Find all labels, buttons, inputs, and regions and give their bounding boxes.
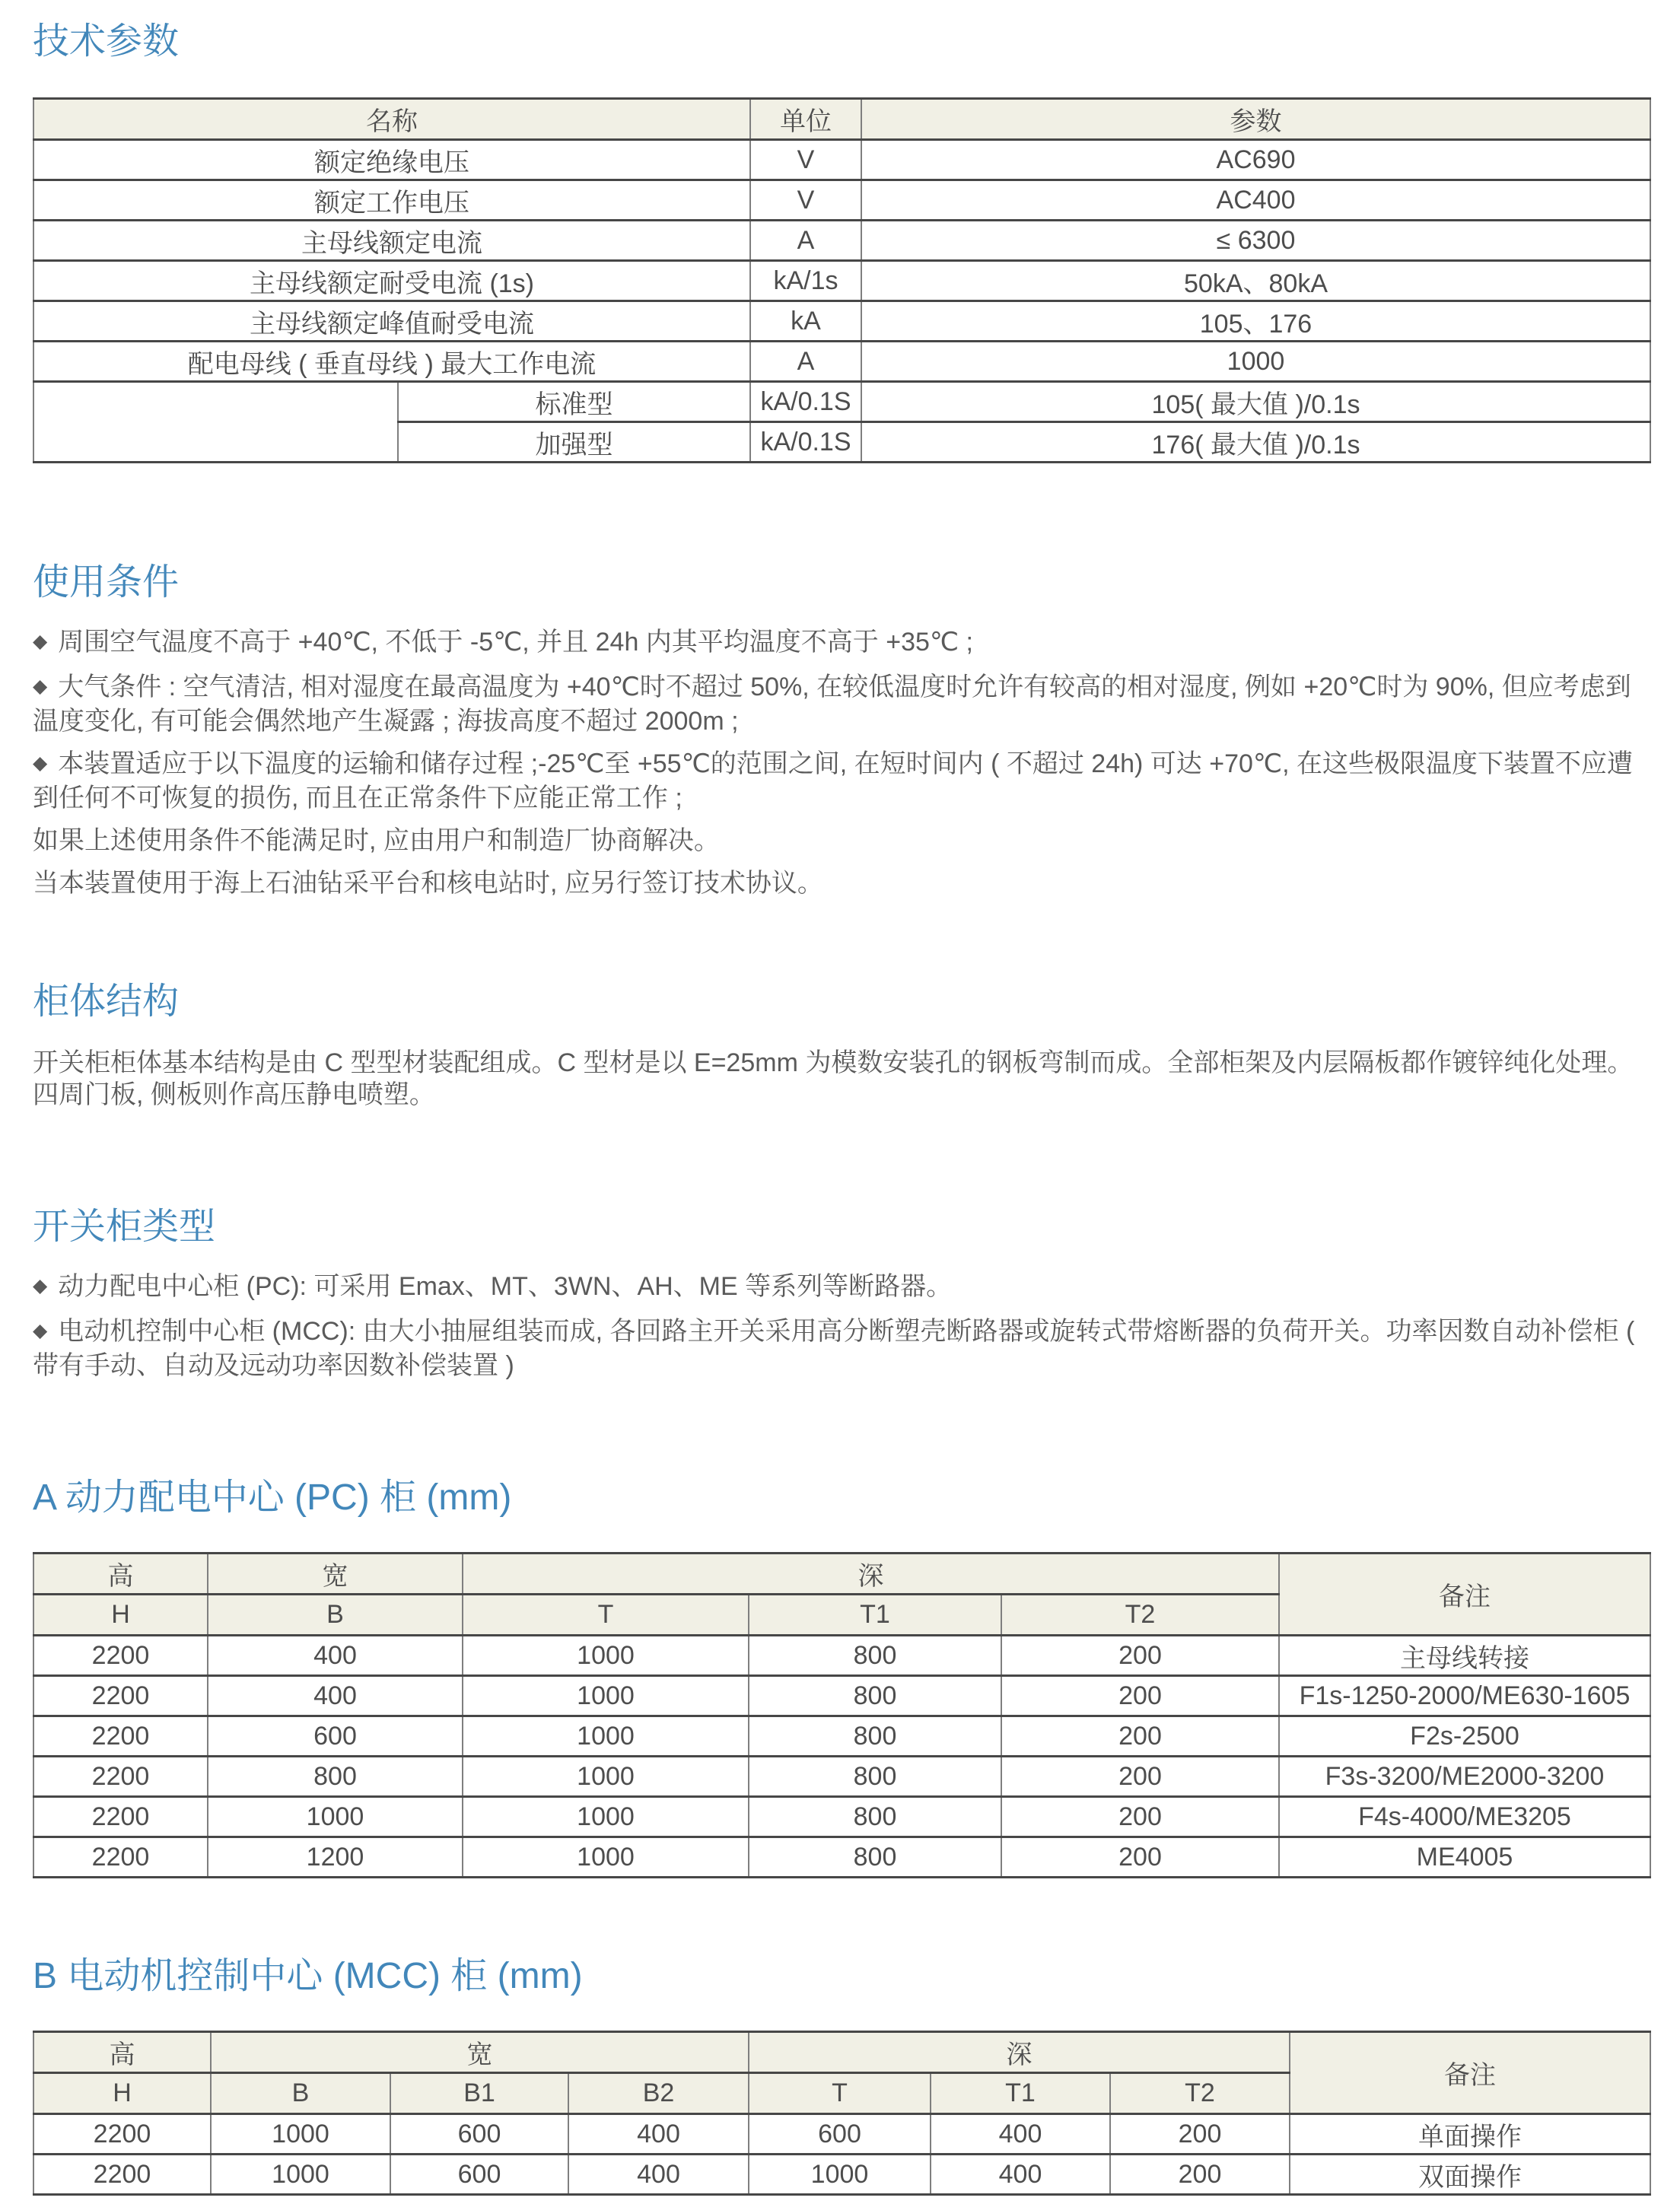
table-row: 配电母线 ( 垂直母线 ) 最大工作电流 A 1000 bbox=[33, 342, 1650, 382]
tech-table-header-row: 名称 单位 参数 bbox=[33, 99, 1650, 140]
dim-t: 1000 bbox=[749, 2155, 931, 2195]
col-header-name: 名称 bbox=[33, 99, 750, 140]
usage-bullet-paragraph: ◆周围空气温度不高于 +40℃, 不低于 -5℃, 并且 24h 内其平均温度不… bbox=[33, 626, 1651, 660]
paragraph-text: 当本装置使用于海上石油钻采平台和核电站时, 应另行签订技术协议。 bbox=[33, 869, 823, 898]
col-header-note: 备注 bbox=[1290, 2032, 1650, 2114]
dim-t: 1000 bbox=[463, 1837, 749, 1878]
section-heading-mcc-cabinet: B 电动机控制中心 (MCC) 柜 (mm) bbox=[33, 1954, 1651, 1999]
param-name: 配电母线 ( 垂直母线 ) 最大工作电流 bbox=[33, 342, 750, 382]
table-row: 主母线额定峰值耐受电流 kA 105、176 bbox=[33, 301, 1650, 342]
cabinet-structure-text: 开关柜柜体基本结构是由 C 型型材装配组成。C 型材是以 E=25mm 为模数安… bbox=[33, 1047, 1651, 1111]
table-row: 主母线额定耐受电流 (1s) kA/1s 50kA、80kA bbox=[33, 261, 1650, 301]
switchgear-types-paragraphs: ◆动力配电中心柜 (PC): 可采用 Emax、MT、3WN、AH、ME 等系列… bbox=[33, 1271, 1651, 1382]
param-value: 105( 最大值 )/0.1s bbox=[861, 382, 1650, 422]
param-unit: A bbox=[750, 221, 861, 261]
table-row: 2200 1000 1000 800 200 F4s-4000/ME3205 bbox=[33, 1797, 1650, 1837]
dim-t: 1000 bbox=[463, 1676, 749, 1716]
dim-t1: 800 bbox=[749, 1636, 1001, 1676]
table-row: 2200 1000 600 400 1000 400 200 双面操作 bbox=[33, 2155, 1650, 2195]
datasheet-page: 技术参数 名称 单位 参数 额定绝缘电压 V AC690 额定工作电压 V AC… bbox=[0, 0, 1680, 2204]
table-row: 2200 600 1000 800 200 F2s-2500 bbox=[33, 1716, 1650, 1757]
dim-t2: 200 bbox=[1110, 2155, 1290, 2195]
section-heading-tech-params: 技术参数 bbox=[33, 20, 1651, 64]
param-value: 105、176 bbox=[861, 301, 1650, 342]
dim-t2: 200 bbox=[1001, 1797, 1279, 1837]
param-value: ≤ 6300 bbox=[861, 221, 1650, 261]
pc-cabinet-dimensions-table: 高 宽 深 备注 H B T T1 T2 2200 400 1000 800 2… bbox=[33, 1552, 1651, 1878]
col-header-width: 宽 bbox=[211, 2032, 749, 2073]
param-unit: kA/1s bbox=[750, 261, 861, 301]
dim-b: 1000 bbox=[211, 2155, 390, 2195]
col-subheader-T: T bbox=[749, 2073, 931, 2114]
dim-b: 400 bbox=[208, 1636, 463, 1676]
dim-b2: 400 bbox=[568, 2155, 749, 2195]
dim-t1: 800 bbox=[749, 1716, 1001, 1757]
dim-t: 600 bbox=[749, 2114, 931, 2155]
usage-bullet-paragraph: ◆大气条件 : 空气清洁, 相对湿度在最高温度为 +40℃时不超过 50%, 在… bbox=[33, 671, 1651, 737]
param-value: AC400 bbox=[861, 180, 1650, 221]
dim-t1: 800 bbox=[749, 1757, 1001, 1797]
col-header-param: 参数 bbox=[861, 99, 1650, 140]
dim-t1: 400 bbox=[931, 2155, 1110, 2195]
dim-t2: 200 bbox=[1110, 2114, 1290, 2155]
diamond-bullet-icon: ◆ bbox=[33, 1320, 47, 1341]
diamond-bullet-icon: ◆ bbox=[33, 676, 47, 697]
cabinet-structure-paragraphs: 开关柜柜体基本结构是由 C 型型材装配组成。C 型材是以 E=25mm 为模数安… bbox=[33, 1047, 1651, 1111]
mcc-table-header-row-1: 高 宽 深 备注 bbox=[33, 2032, 1650, 2073]
col-header-height: 高 bbox=[33, 2032, 211, 2073]
dim-h: 2200 bbox=[33, 1716, 208, 1757]
col-header-depth: 深 bbox=[463, 1554, 1279, 1595]
dim-b1: 600 bbox=[390, 2155, 568, 2195]
table-row: 标准型 kA/0.1S 105( 最大值 )/0.1s bbox=[33, 382, 1650, 422]
section-heading-usage-conditions: 使用条件 bbox=[33, 561, 1651, 605]
dim-t: 1000 bbox=[463, 1636, 749, 1676]
dim-t2: 200 bbox=[1001, 1676, 1279, 1716]
type-bullet-paragraph: ◆电动机控制中心柜 (MCC): 由大小抽屉组装而成, 各回路主开关采用高分断塑… bbox=[33, 1315, 1651, 1382]
dim-b2: 400 bbox=[568, 2114, 749, 2155]
table-row: 2200 400 1000 800 200 F1s-1250-2000/ME63… bbox=[33, 1676, 1650, 1716]
dim-b: 600 bbox=[208, 1716, 463, 1757]
dim-t2: 200 bbox=[1001, 1757, 1279, 1797]
dim-note: 主母线转接 bbox=[1279, 1636, 1650, 1676]
param-name: 主母线额定峰值耐受电流 bbox=[33, 301, 750, 342]
col-subheader-H: H bbox=[33, 1595, 208, 1636]
pc-table-header-row-1: 高 宽 深 备注 bbox=[33, 1554, 1650, 1595]
dim-t: 1000 bbox=[463, 1797, 749, 1837]
col-subheader-B: B bbox=[211, 2073, 390, 2114]
col-subheader-T: T bbox=[463, 1595, 749, 1636]
table-row: 额定绝缘电压 V AC690 bbox=[33, 140, 1650, 180]
col-subheader-H: H bbox=[33, 2073, 211, 2114]
section-heading-cabinet-structure: 柜体结构 bbox=[33, 980, 1651, 1024]
dim-t2: 200 bbox=[1001, 1716, 1279, 1757]
table-row: 主母线额定电流 A ≤ 6300 bbox=[33, 221, 1650, 261]
col-subheader-B2: B2 bbox=[568, 2073, 749, 2114]
param-name: 额定工作电压 bbox=[33, 180, 750, 221]
dim-note: 单面操作 bbox=[1290, 2114, 1650, 2155]
dim-t2: 200 bbox=[1001, 1837, 1279, 1878]
mcc-cabinet-dimensions-table: 高 宽 深 备注 H B B1 B2 T T1 T2 2200 1000 600… bbox=[33, 2031, 1651, 2196]
param-name: 主母线额定电流 bbox=[33, 221, 750, 261]
dim-h: 2200 bbox=[33, 1797, 208, 1837]
col-header-note: 备注 bbox=[1279, 1554, 1650, 1636]
dim-t: 1000 bbox=[463, 1716, 749, 1757]
col-subheader-T1: T1 bbox=[931, 2073, 1110, 2114]
paragraph-text: 大气条件 : 空气清洁, 相对湿度在最高温度为 +40℃时不超过 50%, 在较… bbox=[33, 673, 1631, 736]
dim-h: 2200 bbox=[33, 1636, 208, 1676]
param-unit: kA/0.1S bbox=[750, 382, 861, 422]
col-subheader-B: B bbox=[208, 1595, 463, 1636]
col-header-depth: 深 bbox=[749, 2032, 1290, 2073]
paragraph-text: 如果上述使用条件不能满足时, 应由用户和制造厂协商解决。 bbox=[33, 826, 720, 855]
table-row: 2200 1000 600 400 600 400 200 单面操作 bbox=[33, 2114, 1650, 2155]
dim-b: 1200 bbox=[208, 1837, 463, 1878]
dim-b: 1000 bbox=[211, 2114, 390, 2155]
col-subheader-T2: T2 bbox=[1110, 2073, 1290, 2114]
dim-t1: 800 bbox=[749, 1676, 1001, 1716]
dim-note: ME4005 bbox=[1279, 1837, 1650, 1878]
table-row: 2200 1200 1000 800 200 ME4005 bbox=[33, 1837, 1650, 1878]
dim-h: 2200 bbox=[33, 1676, 208, 1716]
dim-b: 400 bbox=[208, 1676, 463, 1716]
dim-note: F1s-1250-2000/ME630-1605 bbox=[1279, 1676, 1650, 1716]
dim-t: 1000 bbox=[463, 1757, 749, 1797]
usage-bullet-paragraph: ◆本装置适应于以下温度的运输和储存过程 ;-25℃至 +55℃的范围之间, 在短… bbox=[33, 748, 1651, 814]
variant-label: 加强型 bbox=[398, 422, 750, 463]
diamond-bullet-icon: ◆ bbox=[33, 752, 47, 774]
paragraph-text: 动力配电中心柜 (PC): 可采用 Emax、MT、3WN、AH、ME 等系列等… bbox=[58, 1272, 952, 1301]
dim-h: 2200 bbox=[33, 1757, 208, 1797]
table-row: 额定工作电压 V AC400 bbox=[33, 180, 1650, 221]
dim-h: 2200 bbox=[33, 1837, 208, 1878]
dim-b1: 600 bbox=[390, 2114, 568, 2155]
paragraph-text: 周围空气温度不高于 +40℃, 不低于 -5℃, 并且 24h 内其平均温度不高… bbox=[58, 628, 973, 657]
dim-b: 1000 bbox=[208, 1797, 463, 1837]
dim-note: 双面操作 bbox=[1290, 2155, 1650, 2195]
diamond-bullet-icon: ◆ bbox=[33, 1275, 47, 1296]
usage-plain-paragraph: 如果上述使用条件不能满足时, 应由用户和制造厂协商解决。 bbox=[33, 825, 1651, 857]
dim-note: F3s-3200/ME2000-3200 bbox=[1279, 1757, 1650, 1797]
dim-t1: 400 bbox=[931, 2114, 1110, 2155]
param-name: 额定绝缘电压 bbox=[33, 140, 750, 180]
table-row: 2200 800 1000 800 200 F3s-3200/ME2000-32… bbox=[33, 1757, 1650, 1797]
usage-plain-paragraph: 当本装置使用于海上石油钻采平台和核电站时, 应另行签订技术协议。 bbox=[33, 867, 1651, 899]
variant-label: 标准型 bbox=[398, 382, 750, 422]
diamond-bullet-icon: ◆ bbox=[33, 631, 47, 652]
table-row: 2200 400 1000 800 200 主母线转接 bbox=[33, 1636, 1650, 1676]
section-heading-pc-cabinet: A 动力配电中心 (PC) 柜 (mm) bbox=[33, 1476, 1651, 1520]
col-header-width: 宽 bbox=[208, 1554, 463, 1595]
param-value: 176( 最大值 )/0.1s bbox=[861, 422, 1650, 463]
paragraph-text: 电动机控制中心柜 (MCC): 由大小抽屉组装而成, 各回路主开关采用高分断塑壳… bbox=[33, 1317, 1634, 1380]
col-header-height: 高 bbox=[33, 1554, 208, 1595]
col-header-unit: 单位 bbox=[750, 99, 861, 140]
merged-empty-cell bbox=[33, 382, 398, 463]
tech-params-table: 名称 单位 参数 额定绝缘电压 V AC690 额定工作电压 V AC400 主… bbox=[33, 97, 1651, 463]
col-subheader-T2: T2 bbox=[1001, 1595, 1279, 1636]
dim-t1: 800 bbox=[749, 1837, 1001, 1878]
dim-note: F4s-4000/ME3205 bbox=[1279, 1797, 1650, 1837]
param-unit: kA bbox=[750, 301, 861, 342]
param-unit: A bbox=[750, 342, 861, 382]
param-name: 主母线额定耐受电流 (1s) bbox=[33, 261, 750, 301]
param-unit: kA/0.1S bbox=[750, 422, 861, 463]
col-subheader-T1: T1 bbox=[749, 1595, 1001, 1636]
col-subheader-B1: B1 bbox=[390, 2073, 568, 2114]
param-value: 50kA、80kA bbox=[861, 261, 1650, 301]
dim-b: 800 bbox=[208, 1757, 463, 1797]
dim-note: F2s-2500 bbox=[1279, 1716, 1650, 1757]
section-heading-switchgear-types: 开关柜类型 bbox=[33, 1205, 1651, 1249]
dim-h: 2200 bbox=[33, 2155, 211, 2195]
param-value: AC690 bbox=[861, 140, 1650, 180]
paragraph-text: 本装置适应于以下温度的运输和储存过程 ;-25℃至 +55℃的范围之间, 在短时… bbox=[33, 749, 1633, 813]
dim-h: 2200 bbox=[33, 2114, 211, 2155]
dim-t2: 200 bbox=[1001, 1636, 1279, 1676]
type-bullet-paragraph: ◆动力配电中心柜 (PC): 可采用 Emax、MT、3WN、AH、ME 等系列… bbox=[33, 1271, 1651, 1305]
usage-conditions-paragraphs: ◆周围空气温度不高于 +40℃, 不低于 -5℃, 并且 24h 内其平均温度不… bbox=[33, 626, 1651, 899]
param-unit: V bbox=[750, 140, 861, 180]
param-unit: V bbox=[750, 180, 861, 221]
dim-t1: 800 bbox=[749, 1797, 1001, 1837]
param-value: 1000 bbox=[861, 342, 1650, 382]
